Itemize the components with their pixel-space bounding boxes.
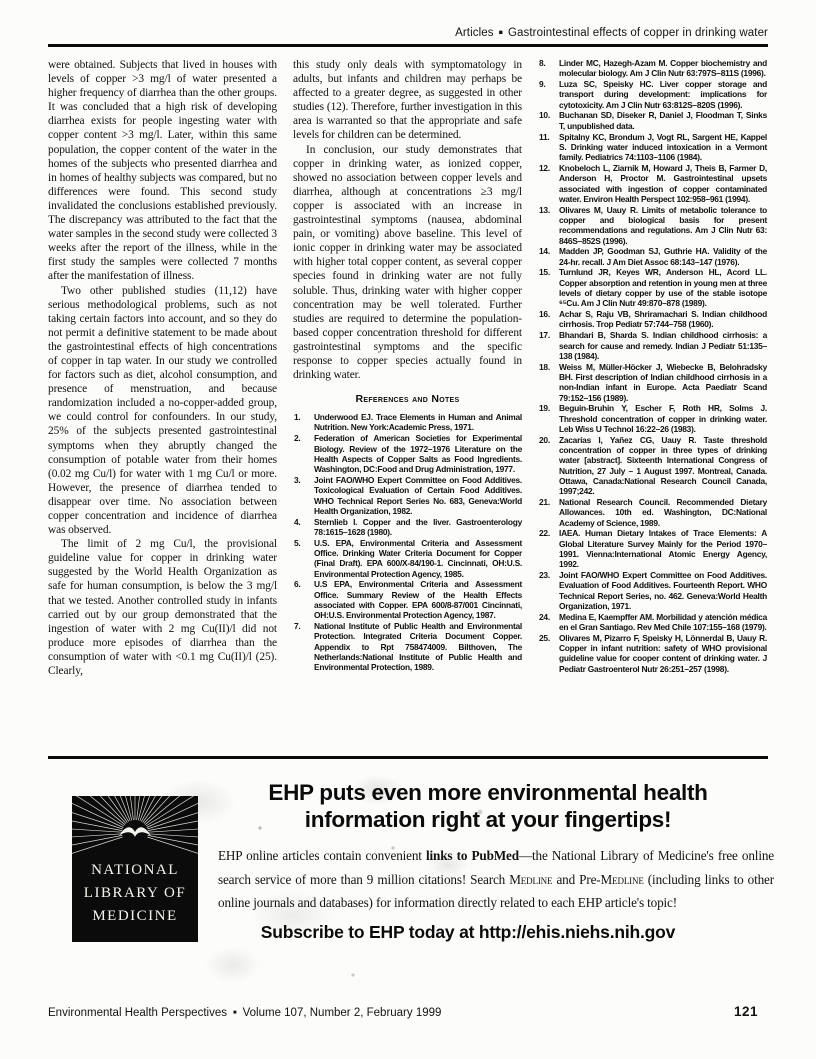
- reference-item: 8.Linder MC, Hazegh-Azam M. Copper bioch…: [538, 58, 767, 79]
- reference-item: 4.Sternlieb I. Copper and the liver. Gas…: [293, 517, 522, 538]
- reference-item: 6.U.S EPA, Environmental Criteria and As…: [293, 579, 522, 620]
- reference-item: 9.Luza SC, Speisky HC. Liver copper stor…: [538, 79, 767, 110]
- ad-subscribe-line: Subscribe to EHP today at http://ehis.ni…: [158, 922, 778, 943]
- reference-item: 2.Federation of American Societies for E…: [293, 433, 522, 474]
- section-divider-rule: [48, 756, 768, 759]
- column-3: 8.Linder MC, Hazegh-Azam M. Copper bioch…: [538, 58, 767, 678]
- running-header: Articles ■ Gastrointestinal effects of c…: [455, 27, 768, 39]
- page-footer: Environmental Health Perspectives ■ Volu…: [48, 1004, 758, 1019]
- page-number: 121: [734, 1004, 758, 1019]
- column-1: were obtained. Subjects that lived in ho…: [48, 58, 277, 678]
- reference-item: 18.Weiss M, Müller-Höcker J, Wiebecke B,…: [538, 362, 767, 403]
- footer-journal-info: Environmental Health Perspectives ■ Volu…: [48, 1007, 441, 1019]
- ad-body-text: EHP online articles contain convenient l…: [218, 844, 774, 915]
- reference-item: 20.Zacarías I, Yañez CG, Uauy R. Taste t…: [538, 435, 767, 497]
- nlm-logo: NATIONALLIBRARY OFMEDICINE: [72, 796, 198, 942]
- footer-issue-info: Volume 107, Number 2, February 1999: [243, 1007, 442, 1019]
- paragraph: In conclusion, our study demonstrates th…: [293, 143, 522, 383]
- reference-item: 22.IAEA. Human Dietary Intakes of Trace …: [538, 528, 767, 569]
- reference-item: 25.Olivares M, Pizarro F, Speisky H, Lön…: [538, 633, 767, 674]
- reference-item: 15.Turnlund JR, Keyes WR, Anderson HL, A…: [538, 267, 767, 308]
- reference-item: 24.Medina E, Kaempffer AM. Morbilidad y …: [538, 612, 767, 633]
- header-section-label: Articles: [455, 27, 494, 39]
- square-bullet-icon: ■: [499, 29, 503, 36]
- reference-item: 16.Achar S, Raju VB, Shriramachari S. In…: [538, 309, 767, 330]
- reference-item: 5.U.S. EPA, Environmental Criteria and A…: [293, 538, 522, 579]
- reference-item: 14.Madden JP, Goodman SJ, Guthrie HA. Va…: [538, 246, 767, 267]
- footer-journal-name: Environmental Health Perspectives: [48, 1007, 227, 1019]
- reference-item: 17.Bhandari B, Sharda S. Indian childhoo…: [538, 330, 767, 361]
- reference-item: 11.Spitalny KC, Brondum J, Vogt RL, Sarg…: [538, 132, 767, 163]
- reference-item: 12.Knobeloch L, Ziarnik M, Howard J, The…: [538, 163, 767, 204]
- references-list-1-7: 1.Underwood EJ. Trace Elements in Human …: [293, 412, 522, 672]
- column-2-text: this study only deals with symptomatolog…: [293, 58, 522, 382]
- reference-item: 10.Buchanan SD, Diseker R, Daniel J, Flo…: [538, 110, 767, 131]
- header-article-title: Gastrointestinal effects of copper in dr…: [508, 27, 768, 39]
- open-book-icon: [119, 827, 151, 837]
- nlm-logo-text: NATIONALLIBRARY OFMEDICINE: [72, 859, 198, 928]
- paragraph: this study only deals with symptomatolog…: [293, 58, 522, 143]
- reference-item: 21.National Research Council. Recommende…: [538, 497, 767, 528]
- paragraph: Two other published studies (11,12) have…: [48, 284, 277, 538]
- square-bullet-icon: ■: [233, 1010, 237, 1016]
- journal-page: Articles ■ Gastrointestinal effects of c…: [0, 0, 816, 1059]
- references-heading: References and Notes: [293, 393, 522, 405]
- reference-item: 19.Beguin-Bruhin Y, Escher F, Roth HR, S…: [538, 403, 767, 434]
- reference-item: 23.Joint FAO/WHO Expert Committee on Foo…: [538, 570, 767, 611]
- ehp-advertisement: NATIONALLIBRARY OFMEDICINE EHP puts even…: [48, 770, 768, 1002]
- article-body: were obtained. Subjects that lived in ho…: [48, 58, 768, 678]
- paragraph: The limit of 2 mg Cu/l, the provisional …: [48, 537, 277, 678]
- reference-item: 1.Underwood EJ. Trace Elements in Human …: [293, 412, 522, 433]
- reference-item: 3.Joint FAO/WHO Expert Committee on Food…: [293, 475, 522, 516]
- reference-item: 13.Olivares M, Uauy R. Limits of metabol…: [538, 205, 767, 246]
- column-2: this study only deals with symptomatolog…: [293, 58, 522, 678]
- header-rule: [48, 44, 768, 47]
- reference-item: 7.National Institute of Public Health an…: [293, 621, 522, 672]
- paragraph: were obtained. Subjects that lived in ho…: [48, 58, 277, 284]
- ad-headline: EHP puts even more environmental healthi…: [208, 779, 768, 833]
